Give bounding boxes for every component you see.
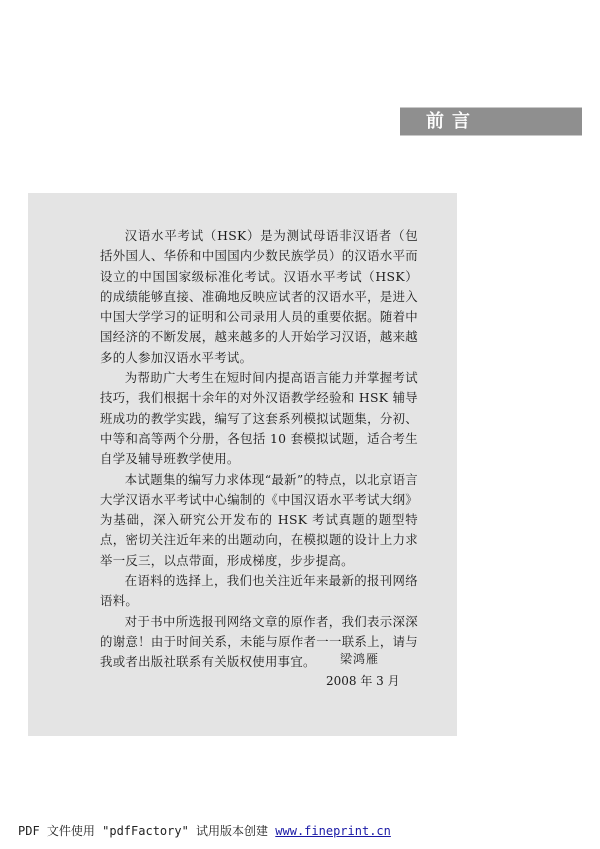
footer-text: PDF 文件使用 "pdfFactory" 试用版本创建 bbox=[18, 824, 275, 838]
signature-date: 2008 年 3 月 bbox=[326, 672, 400, 689]
paragraph-4: 在语料的选择上，我们也关注近年来最新的报刊网络语料。 bbox=[100, 571, 418, 612]
paragraph-2: 为帮助广大考生在短时间内提高语言能力并掌握考试技巧，我们根据十余年的对外汉语教学… bbox=[100, 368, 418, 469]
section-title: 前言 bbox=[426, 111, 478, 133]
section-header-bar: 前言 bbox=[400, 107, 582, 136]
pdf-watermark-footer: PDF 文件使用 "pdfFactory" 试用版本创建 www.finepri… bbox=[18, 822, 391, 839]
fineprint-link[interactable]: www.fineprint.cn bbox=[275, 824, 391, 838]
author-name: 梁鸿雁 bbox=[340, 650, 379, 667]
paragraph-3: 本试题集的编写力求体现“最新”的特点，以北京语言大学汉语水平考试中心编制的《中国… bbox=[100, 470, 418, 571]
paragraph-1: 汉语水平考试（HSK）是为测试母语非汉语者（包括外国人、华侨和中国国内少数民族学… bbox=[100, 226, 418, 368]
preface-content-box: 汉语水平考试（HSK）是为测试母语非汉语者（包括外国人、华侨和中国国内少数民族学… bbox=[28, 193, 457, 736]
preface-body: 汉语水平考试（HSK）是为测试母语非汉语者（包括外国人、华侨和中国国内少数民族学… bbox=[100, 226, 418, 673]
